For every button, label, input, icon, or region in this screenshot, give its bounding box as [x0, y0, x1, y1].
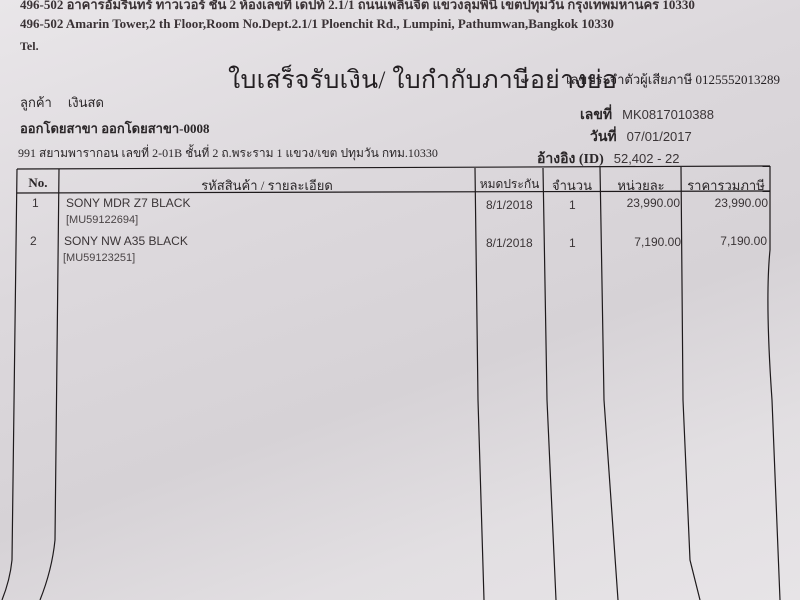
row-warranty: 8/1/2018: [486, 198, 533, 212]
row-no: 2: [30, 234, 37, 248]
col-header-qty: จำนวน: [544, 175, 600, 196]
row-product-name: SONY NW A35 BLACK: [64, 234, 188, 248]
row-qty: 1: [569, 236, 576, 250]
col-header-unit-price: หน่วยละ: [601, 175, 681, 196]
row-total: 23,990.00: [682, 196, 768, 210]
row-unit-price: 7,190.00: [602, 235, 681, 249]
row-total: 7,190.00: [683, 234, 767, 248]
row-product-code: [MU59122694]: [66, 214, 138, 226]
col-header-total: ราคารวมภาษี: [682, 175, 770, 196]
col-header-no: No.: [18, 175, 58, 191]
row-unit-price: 23,990.00: [601, 196, 680, 210]
row-qty: 1: [569, 198, 576, 212]
items-table-grid: [0, 0, 800, 600]
col-header-warranty: หมดประกัน: [476, 175, 543, 194]
row-product-name: SONY MDR Z7 BLACK: [66, 196, 190, 210]
col-header-description: รหัสสินค้า / รายละเอียด: [60, 175, 474, 196]
row-product-code: [MU59123251]: [63, 252, 135, 264]
row-no: 1: [32, 196, 39, 210]
row-warranty: 8/1/2018: [486, 236, 533, 250]
